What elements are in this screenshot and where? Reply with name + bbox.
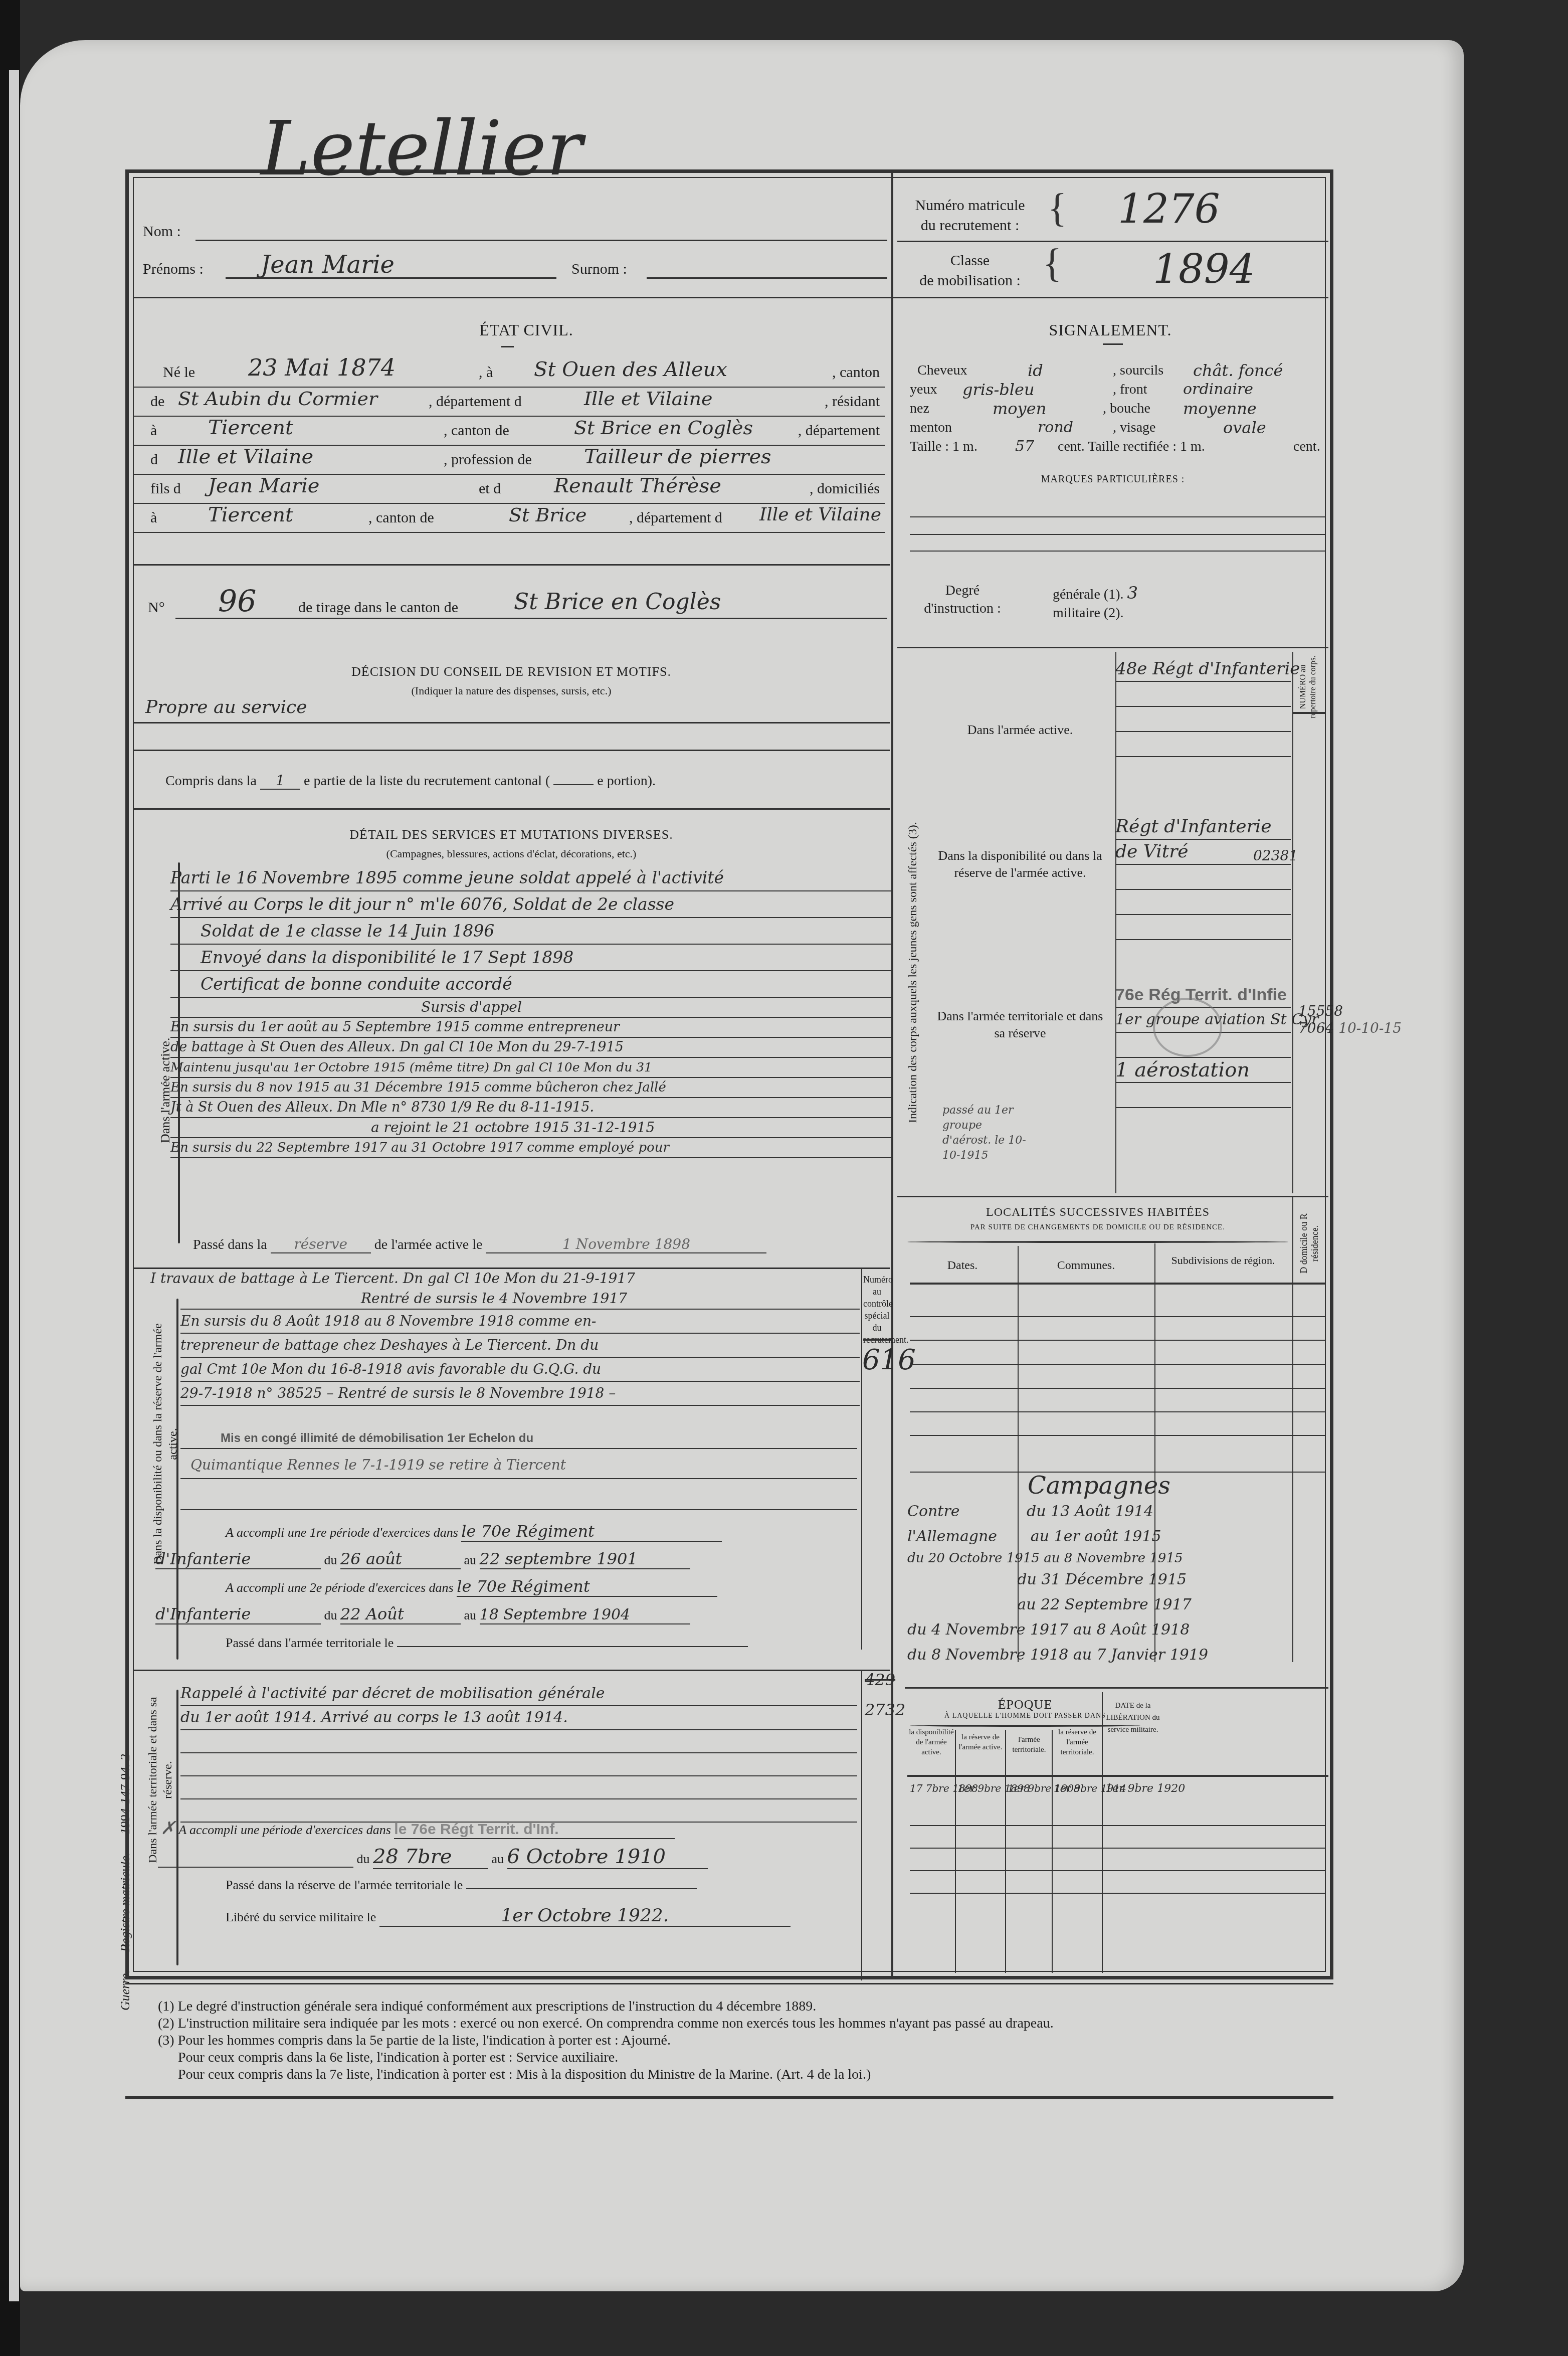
row-line (910, 1364, 1326, 1365)
divider (133, 564, 890, 566)
birth-date: 23 Mai 1874 (248, 353, 396, 382)
divider (905, 1687, 1328, 1689)
divider (897, 241, 1328, 242)
parents-canton: St Brice (509, 501, 586, 529)
conge-stamp: Mis en congé illimité de démobilisation … (221, 1431, 533, 1445)
residence-department: Ille et Vilaine (178, 443, 313, 471)
passe-reserve-value: réserve (271, 1236, 371, 1253)
degre-label: Degré d'instruction : (922, 582, 1003, 618)
corps-terr-label: Dans l'armée territoriale et dans sa rés… (932, 1008, 1108, 1042)
divider (1293, 712, 1326, 714)
territoriale-numbers: 429 2732 (865, 1665, 905, 1725)
mother-name: Renault Thérèse (554, 472, 721, 500)
marques-line (910, 534, 1326, 535)
passe-reserve-territoriale-row: Passé dans la réserve de l'armée territo… (226, 1878, 697, 1893)
cheveux-value: id (1028, 361, 1043, 380)
marques-line (910, 551, 1326, 552)
official-round-stamp (1153, 998, 1222, 1057)
exercice-2-row: A accompli une 2e période d'exercices da… (226, 1577, 717, 1597)
father-name: Jean Marie (208, 472, 319, 500)
row-line (910, 1388, 1326, 1389)
row-line (910, 1411, 1326, 1412)
epoque-reserve-territoriale-value: 1er 9bre 1914 (1054, 1782, 1102, 1794)
exercice-2-dates: d'Infanterie du 22 Août au 18 Septembre … (155, 1604, 690, 1624)
controle-column-divider (861, 1670, 862, 1980)
signalement-title: SIGNALEMENT. (902, 321, 1318, 339)
classe-label: Classe de mobilisation : (902, 251, 1038, 291)
services-active-lines: Parti le 16 Novembre 1895 comme jeune so… (170, 865, 892, 1158)
corps-active-lines: 48e Régt d'Infanterie (1115, 657, 1291, 757)
header-divider (133, 297, 1328, 298)
epoque-territoriale-value: 1er 9bre 1908 (1008, 1782, 1052, 1794)
tirage-row: N° 96 de tirage dans le canton de St Bri… (133, 584, 885, 612)
localites-subtitle: PAR SUITE DE CHANGEMENTS DE DOMICILE OU … (905, 1223, 1291, 1232)
divider (897, 647, 1328, 648)
prenoms-value: Jean Marie (261, 251, 395, 279)
tirage-canton: St Brice en Coglès (514, 589, 721, 615)
corps-side-title: Indication des corps auxquels les jeunes… (906, 822, 920, 1123)
liberation-header: DATE de la LIBÉRATION du service militai… (1103, 1700, 1163, 1736)
surnom-label: Surnom : (571, 261, 627, 278)
divider (133, 808, 890, 810)
controle-column-divider (861, 1268, 862, 1650)
numero-repertoire-header: NUMÉRO au répertoire du corps. (1298, 652, 1318, 722)
side-label-territoriale: Dans l'armée territoriale et dans sa rés… (145, 1690, 175, 1870)
exercice-2-corps: le 70e Régiment (457, 1577, 717, 1597)
instruction-generale-value: 3 (1127, 583, 1138, 603)
corps-terr-margin-note: passé au 1er groupe d'aérost. le 10-10-1… (942, 1103, 1033, 1163)
epoque-disponibilite-value: 17 7bre 1898 (910, 1782, 955, 1794)
tirage-number: 96 (218, 584, 256, 619)
divider (133, 1670, 890, 1671)
services-subtitle: (Campagnes, blessures, actions d'éclat, … (133, 847, 890, 860)
liberation-value: 1er 9bre 1920 (1105, 1782, 1165, 1795)
header-rule (907, 1775, 1328, 1777)
line (180, 1448, 857, 1449)
tirage-underline (175, 618, 887, 619)
front-value: ordinaire (1183, 380, 1253, 399)
corps-dispo-label: Dans la disponibilité ou dans la réserve… (932, 847, 1108, 881)
col-communes: Communes. (1018, 1258, 1154, 1273)
divider (897, 1196, 1328, 1197)
epoque-col-disponibilite: la disponibilité de l'armée active. (908, 1727, 954, 1757)
prenoms-underline (226, 277, 556, 279)
row-line (910, 1825, 1326, 1826)
decision-line (133, 722, 890, 723)
footer-border (125, 2096, 1333, 2099)
epoque-col-territoriale: l'armée territoriale. (1007, 1735, 1052, 1755)
corps-terr-numeros: 15558 7064 10-10-15 (1298, 1003, 1402, 1037)
localites-title: LOCALITÉS SUCCESSIVES HABITÉES (905, 1206, 1291, 1219)
row-line (910, 1848, 1326, 1849)
numero-column-divider (1292, 652, 1293, 1193)
nez-value: moyen (993, 399, 1046, 418)
decision-value: Propre au service (145, 697, 307, 717)
passe-reserve-row: Passé dans la réserve de l'armée active … (193, 1236, 766, 1253)
parents-domicile: Tiercent (208, 501, 293, 529)
parents-department: Ille et Vilaine (759, 501, 881, 529)
numero-controle-label: Numéro au contrôle spécial du recrutemen… (863, 1274, 891, 1346)
nom-underline (195, 240, 887, 241)
taille-value: 57 (1015, 437, 1034, 456)
etat-civil-block: Né le 23 Mai 1874 , à St Ouen des Alleux… (133, 358, 885, 533)
territoriale-lines: Rappelé à l'activité par décret de mobil… (180, 1682, 857, 1823)
epoque-col-reserve-territoriale: la réserve de l'armée territoriale. (1053, 1727, 1102, 1757)
epoque-reserve-active-value: 1er 9bre 1898 (957, 1782, 1005, 1794)
birth-place: St Ouen des Alleux (534, 355, 727, 384)
campagnes-title: Campagnes (1028, 1472, 1170, 1500)
territoriale-exercice-corps: le 76e Régt Territ. d'Inf. (394, 1821, 675, 1839)
line (180, 1478, 857, 1479)
col-dates: Dates. (907, 1258, 1018, 1273)
footer-divider (125, 1983, 1333, 1984)
corps-dispo-lines: Régt d'Infanterie de Vitré (1115, 815, 1291, 940)
exercice-1-dates: d'Infanterie du 26 août au 22 septembre … (155, 1549, 690, 1569)
previous-page-edge (9, 70, 19, 2301)
column-divider (955, 1730, 956, 1973)
residence-canton: St Brice en Coglès (574, 414, 753, 442)
libere-row: Libéré du service militaire le 1er Octob… (226, 1905, 791, 1927)
exercice-1-row: A accompli une 1re période d'exercices d… (226, 1522, 722, 1542)
services-title: DÉTAIL DES SERVICES ET MUTATIONS DIVERSE… (133, 827, 890, 842)
exercice-1-corps: le 70e Régiment (461, 1522, 722, 1542)
divider (863, 1339, 891, 1341)
col-subdivisions: Subdivisions de région. (1158, 1253, 1288, 1267)
territoriale-exercice-du: 28 7bre (373, 1845, 488, 1869)
exercice-1-du: 26 août (340, 1549, 461, 1569)
territoriale-exercice-row: ✗ A accompli une période d'exercices dan… (160, 1818, 675, 1839)
signalement-block: Cheveux id , sourcils chât. foncé yeux g… (902, 361, 1323, 456)
degre-values: générale (1). 3 militaire (2). (1053, 584, 1138, 622)
header-rule (910, 1283, 1326, 1285)
conge-line: Quimantique Rennes le 7-1-1919 se retire… (190, 1457, 566, 1473)
epoque-col-reserve-active: la réserve de l'armée active. (956, 1732, 1005, 1752)
marques-line (910, 516, 1326, 517)
column-divider (1052, 1730, 1053, 1973)
etat-civil-title: ÉTAT CIVIL. (401, 321, 652, 339)
compris-row: Compris dans la 1 e partie de la liste d… (165, 772, 656, 790)
ornamental-rule (907, 1241, 1288, 1243)
marques-title: MARQUES PARTICULIÈRES : (902, 474, 1323, 485)
decision-title: DÉCISION DU CONSEIL DE REVISION ET MOTIF… (133, 664, 890, 679)
passe-reserve-date: 1 Novembre 1898 (486, 1236, 766, 1253)
surnom-underline (647, 277, 887, 279)
col-domicile-residence: D domicile ou R résidence. (1298, 1203, 1320, 1284)
menton-value: rond (1038, 418, 1073, 437)
birth-canton: St Aubin du Cormier (178, 385, 377, 413)
visage-value: ovale (1223, 418, 1266, 437)
nom-value: Letellier (261, 105, 582, 193)
row-line (910, 1316, 1326, 1317)
exercice-1-au: 22 septembre 1901 (480, 1549, 690, 1569)
passe-territoriale-row: Passé dans l'armée territoriale le (226, 1636, 748, 1651)
corps-dispo-numero: 02381 (1253, 847, 1298, 864)
profession: Tailleur de pierres (584, 443, 771, 471)
bouche-value: moyenne (1183, 399, 1257, 418)
numero-controle-value: 616 (862, 1344, 916, 1376)
yeux-value: gris-bleu (962, 380, 1035, 399)
exercice-2-au: 18 Septembre 1904 (480, 1606, 690, 1624)
compris-partie-value: 1 (260, 772, 300, 790)
line (180, 1509, 857, 1510)
prenoms-label: Prénoms : (143, 261, 204, 278)
exercice-2-du: 22 Août (340, 1604, 461, 1624)
title-rule (1103, 343, 1123, 345)
residence-commune: Tiercent (208, 414, 293, 442)
classe-value: 1894 (1153, 246, 1255, 292)
sourcils-value: chât. foncé (1193, 361, 1283, 380)
title-rule (501, 346, 514, 347)
footnotes: (1) Le degré d'instruction générale sera… (158, 1998, 1331, 2083)
matricule-label: Numéro matricule du recrutement : (902, 196, 1038, 236)
column-divider (1005, 1730, 1006, 1973)
territoriale-exercice-au: 6 Octobre 1910 (507, 1845, 708, 1869)
campagnes-lines: Contre du 13 Août 1914 l'Allemagne au 1e… (907, 1499, 1338, 1668)
compris-portion-value (553, 784, 594, 785)
corps-active-label: Dans l'armée active. (932, 722, 1108, 738)
services-dispo-lines: I travaux de battage à Le Tiercent. Dn g… (150, 1268, 860, 1406)
row-line (910, 1435, 1326, 1436)
matricule-value: 1276 (1118, 186, 1220, 232)
row-line (910, 1893, 1326, 1894)
corps-active-value: 48e Régt d'Infanterie (1115, 657, 1291, 682)
decision-subtitle: (Indiquer la nature des dispenses, sursi… (133, 684, 890, 697)
birth-department: Ille et Vilaine (584, 385, 713, 413)
decision-line (133, 750, 890, 751)
row-line (910, 1340, 1326, 1341)
territoriale-exercice-dates: du 28 7bre au 6 Octobre 1910 (158, 1845, 708, 1869)
row-line (910, 1870, 1326, 1871)
nom-label: Nom : (143, 223, 181, 240)
corps-dispo-value-1: Régt d'Infanterie (1115, 815, 1291, 840)
libere-value: 1er Octobre 1922. (379, 1905, 791, 1927)
corps-terr-value-3: 1 aérostation (1115, 1058, 1291, 1083)
